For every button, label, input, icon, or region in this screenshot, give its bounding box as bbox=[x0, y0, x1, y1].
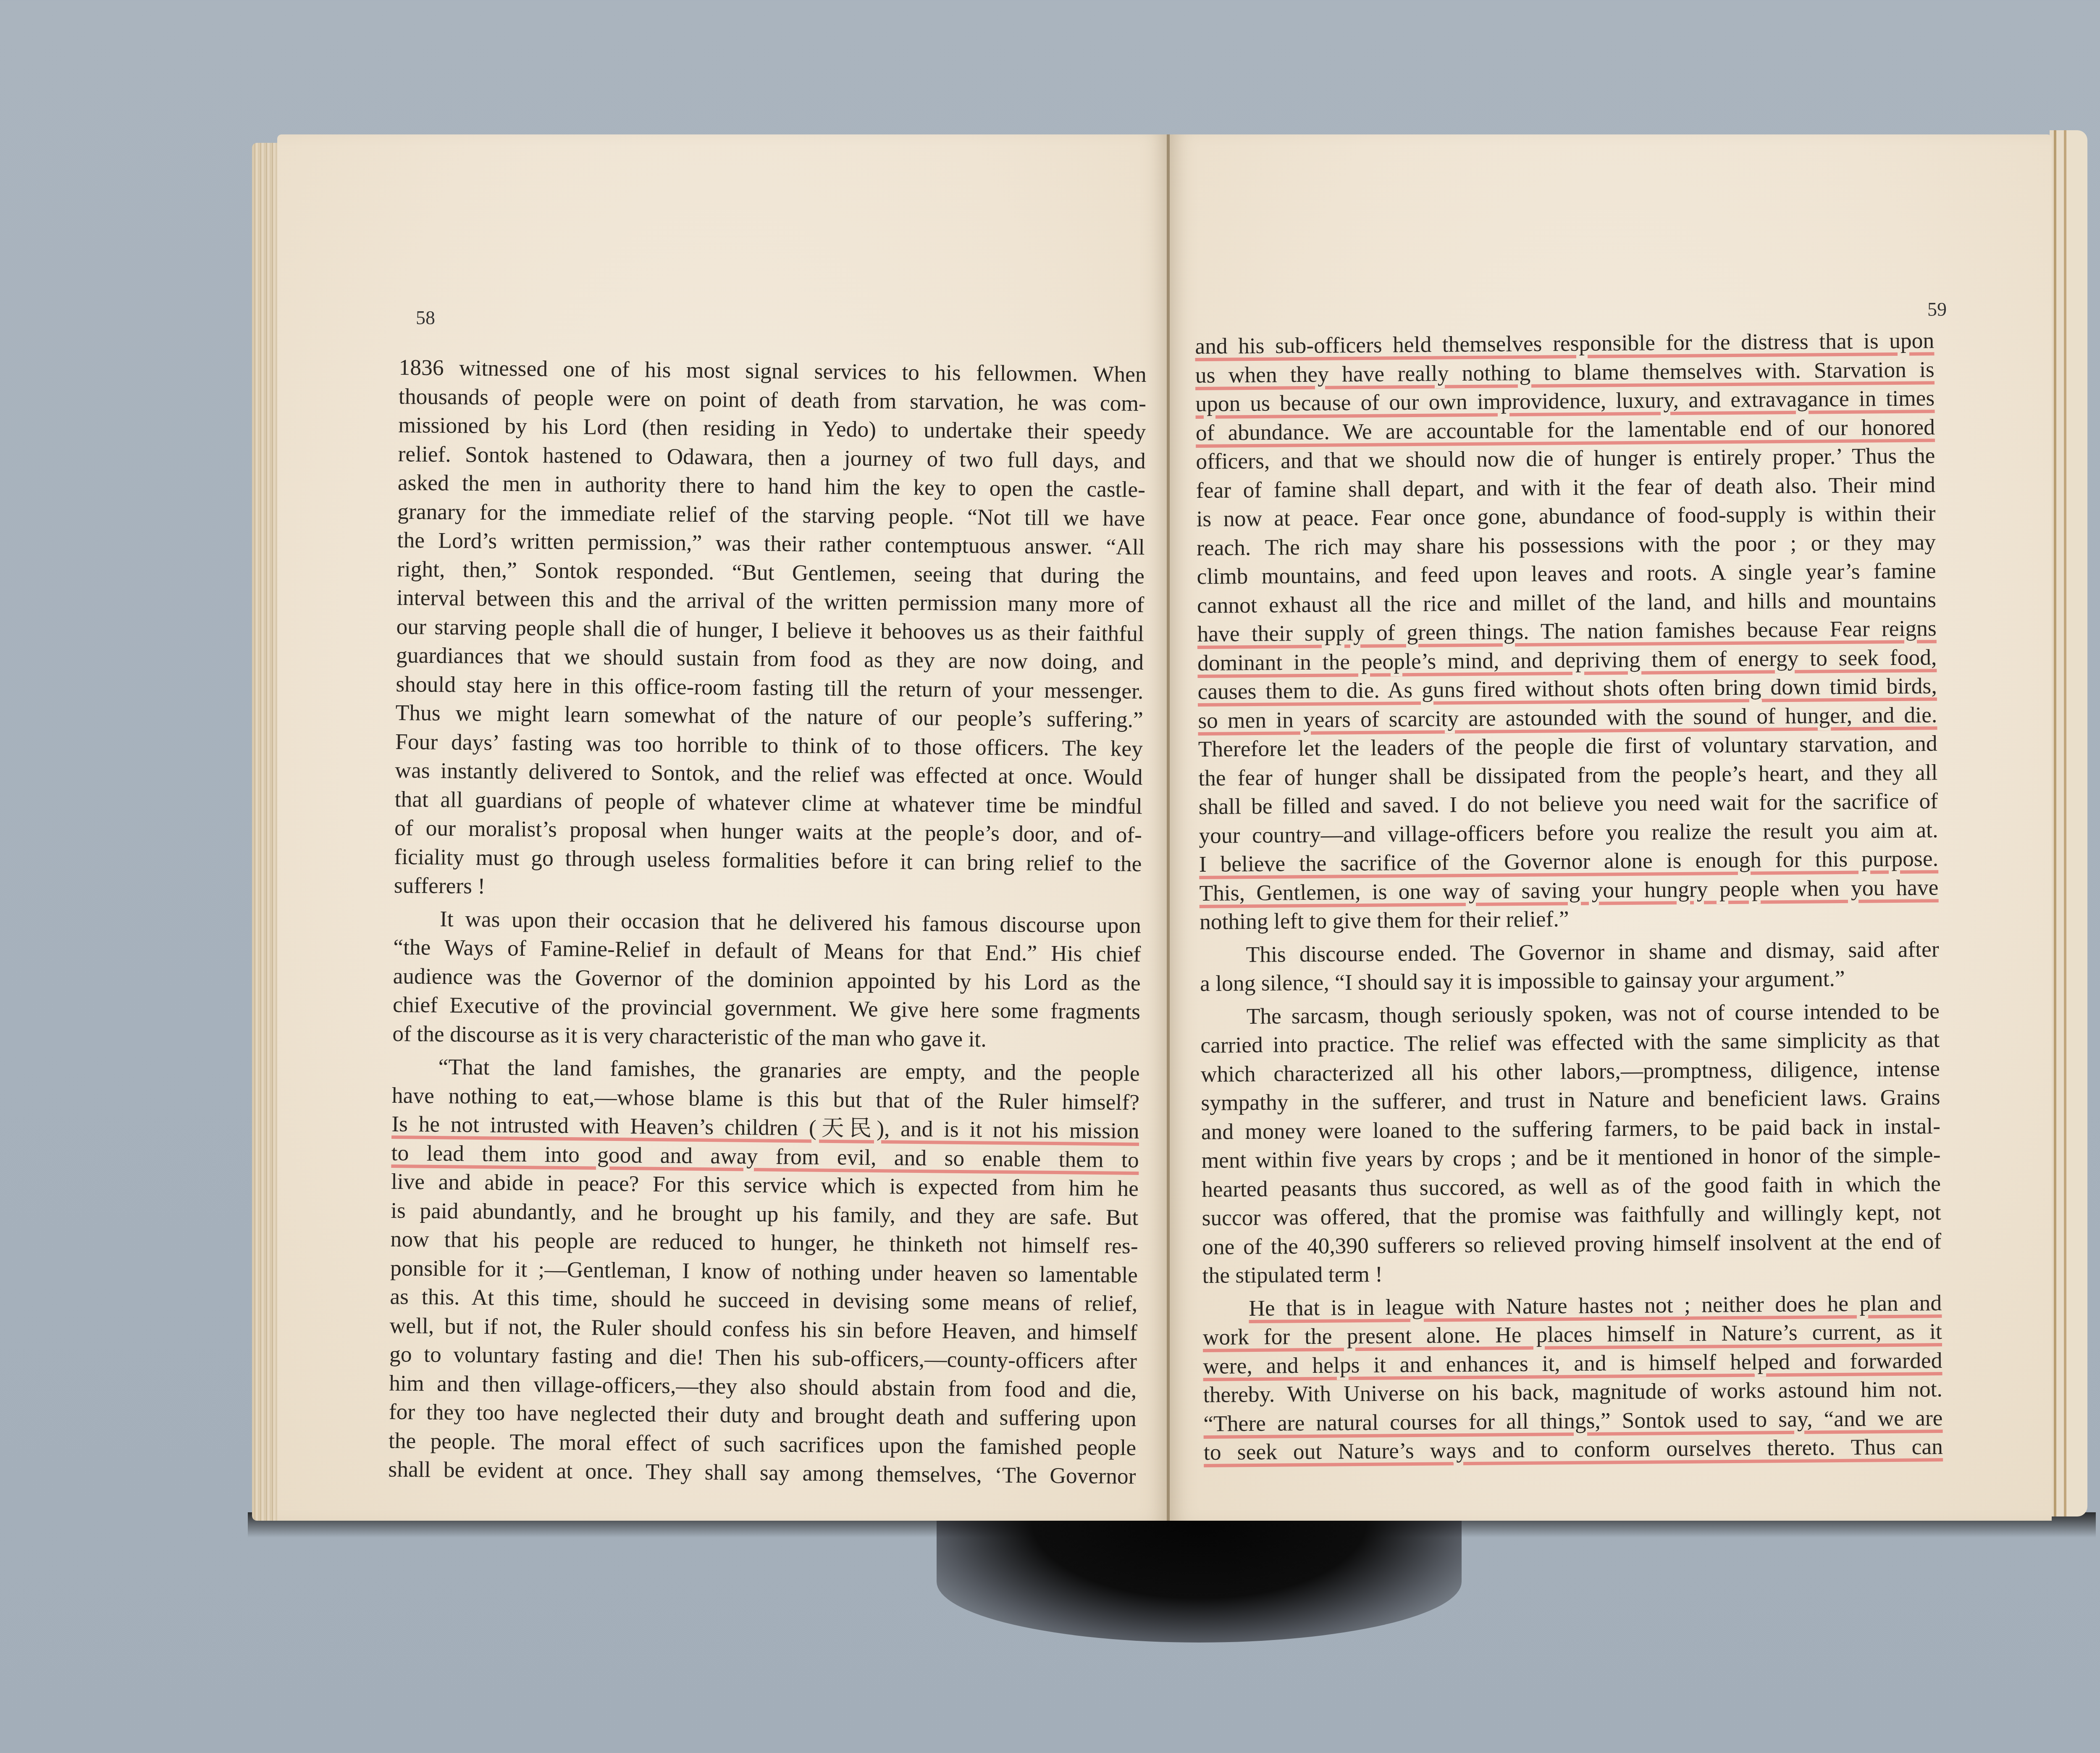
page-number-right: 59 bbox=[1927, 298, 1947, 321]
text-line: officers, and that we should now die of … bbox=[1196, 441, 1935, 476]
text-line: is now at peace. Fear once gone, abundan… bbox=[1196, 499, 1935, 533]
left-page-text: 1836 witnessed one of his most signal se… bbox=[388, 353, 1147, 1490]
text-line: Therefore let the leaders of the people … bbox=[1198, 729, 1937, 763]
text-line: one of the 40,390 sufferers so relieved … bbox=[1202, 1227, 1941, 1261]
right-page: 59 and his sub-officers held themselves … bbox=[1170, 134, 2052, 1521]
text-line: climb mountains, and feed upon leaves an… bbox=[1197, 556, 1936, 591]
text-line: This, Gentlemen, is one way of saving yo… bbox=[1199, 873, 1938, 907]
text-line: I believe the sacrifice of the Governor … bbox=[1199, 844, 1938, 878]
right-page-text: and his sub-officers held themselves res… bbox=[1195, 326, 1943, 1467]
text-line: thereby. With Universe on his back, magn… bbox=[1203, 1375, 1942, 1409]
text-line: carried into practice. The relief was ef… bbox=[1200, 1025, 1940, 1059]
text-line: causes them to die. As guns fired withou… bbox=[1197, 671, 1937, 706]
page-number-left: 58 bbox=[416, 307, 435, 329]
text-line: ment within five years by crops ; and be… bbox=[1201, 1140, 1940, 1175]
text-line: a long silence, “I should say it is impo… bbox=[1200, 963, 1939, 998]
text-line: shall be filled and saved. I do not beli… bbox=[1199, 786, 1938, 821]
text-line: and his sub-officers held themselves res… bbox=[1195, 326, 1934, 360]
text-line: upon us because of our own improvidence,… bbox=[1195, 384, 1935, 418]
text-line: to seek out Nature’s ways and to conform… bbox=[1204, 1432, 1943, 1467]
text-line: have their supply of green things. The n… bbox=[1197, 614, 1936, 648]
text-line: sympathy in the sufferer, and trust in N… bbox=[1201, 1083, 1940, 1117]
spine-shadow bbox=[937, 1521, 1462, 1643]
right-page-edges bbox=[2050, 130, 2087, 1516]
text-line: work for the present alone. He places hi… bbox=[1203, 1317, 1942, 1351]
left-page: 58 1836 witnessed one of his most signal… bbox=[277, 134, 1168, 1521]
text-line: succor was offered, that the promise was… bbox=[1202, 1198, 1941, 1232]
